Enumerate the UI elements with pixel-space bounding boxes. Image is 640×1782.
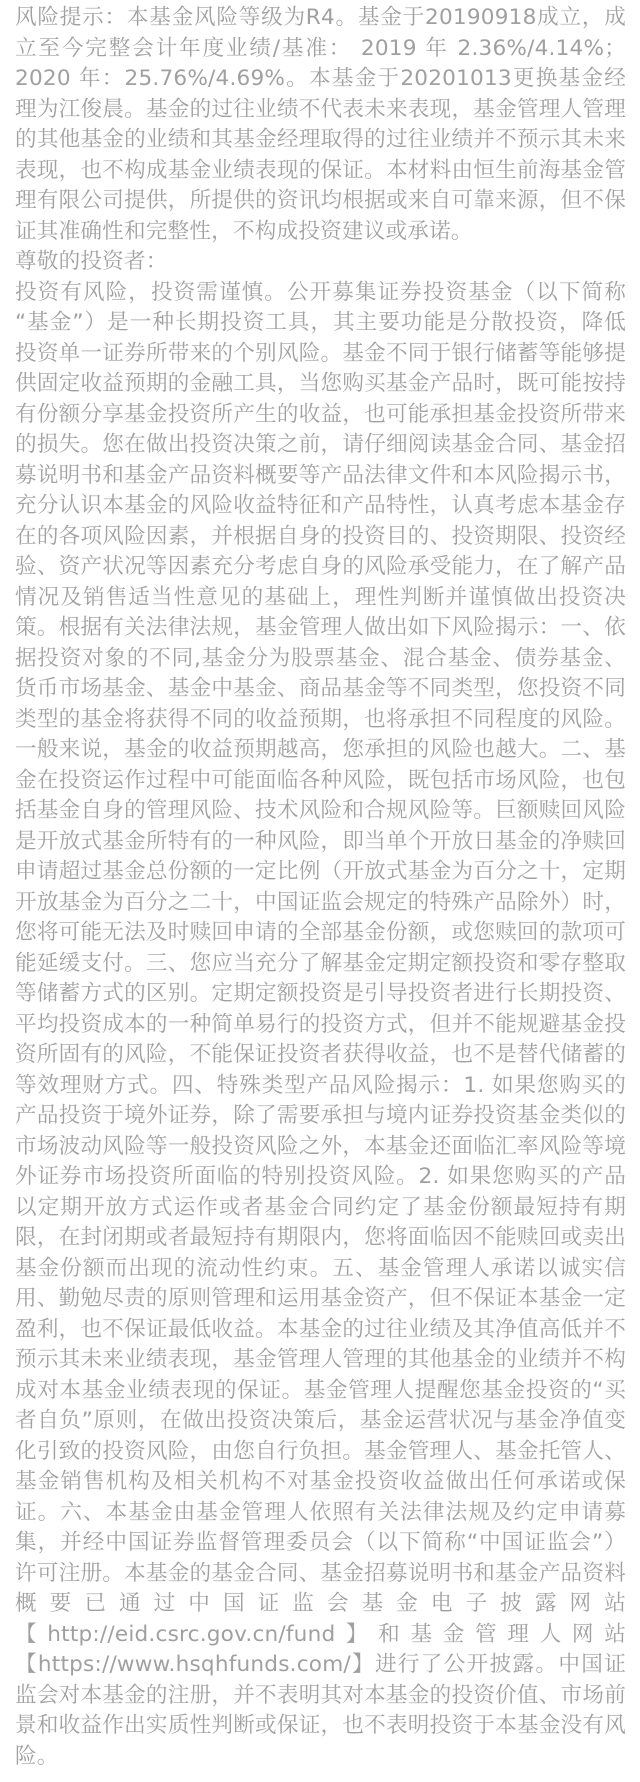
investor-salutation: 尊敬的投资者： [15, 247, 626, 278]
fund-risk-warning-paragraph: 风险提示：本基金风险等级为R4。基金于20190918成立，成立至今完整会计年度… [15, 3, 626, 247]
risk-disclosure-document: 风险提示：本基金风险等级为R4。基金于20190918成立，成立至今完整会计年度… [0, 0, 640, 1782]
risk-disclosure-paragraph: 投资有风险，投资需谨慎。公开募集证券投资基金（以下简称“基金”）是一种长期投资工… [15, 278, 626, 1773]
